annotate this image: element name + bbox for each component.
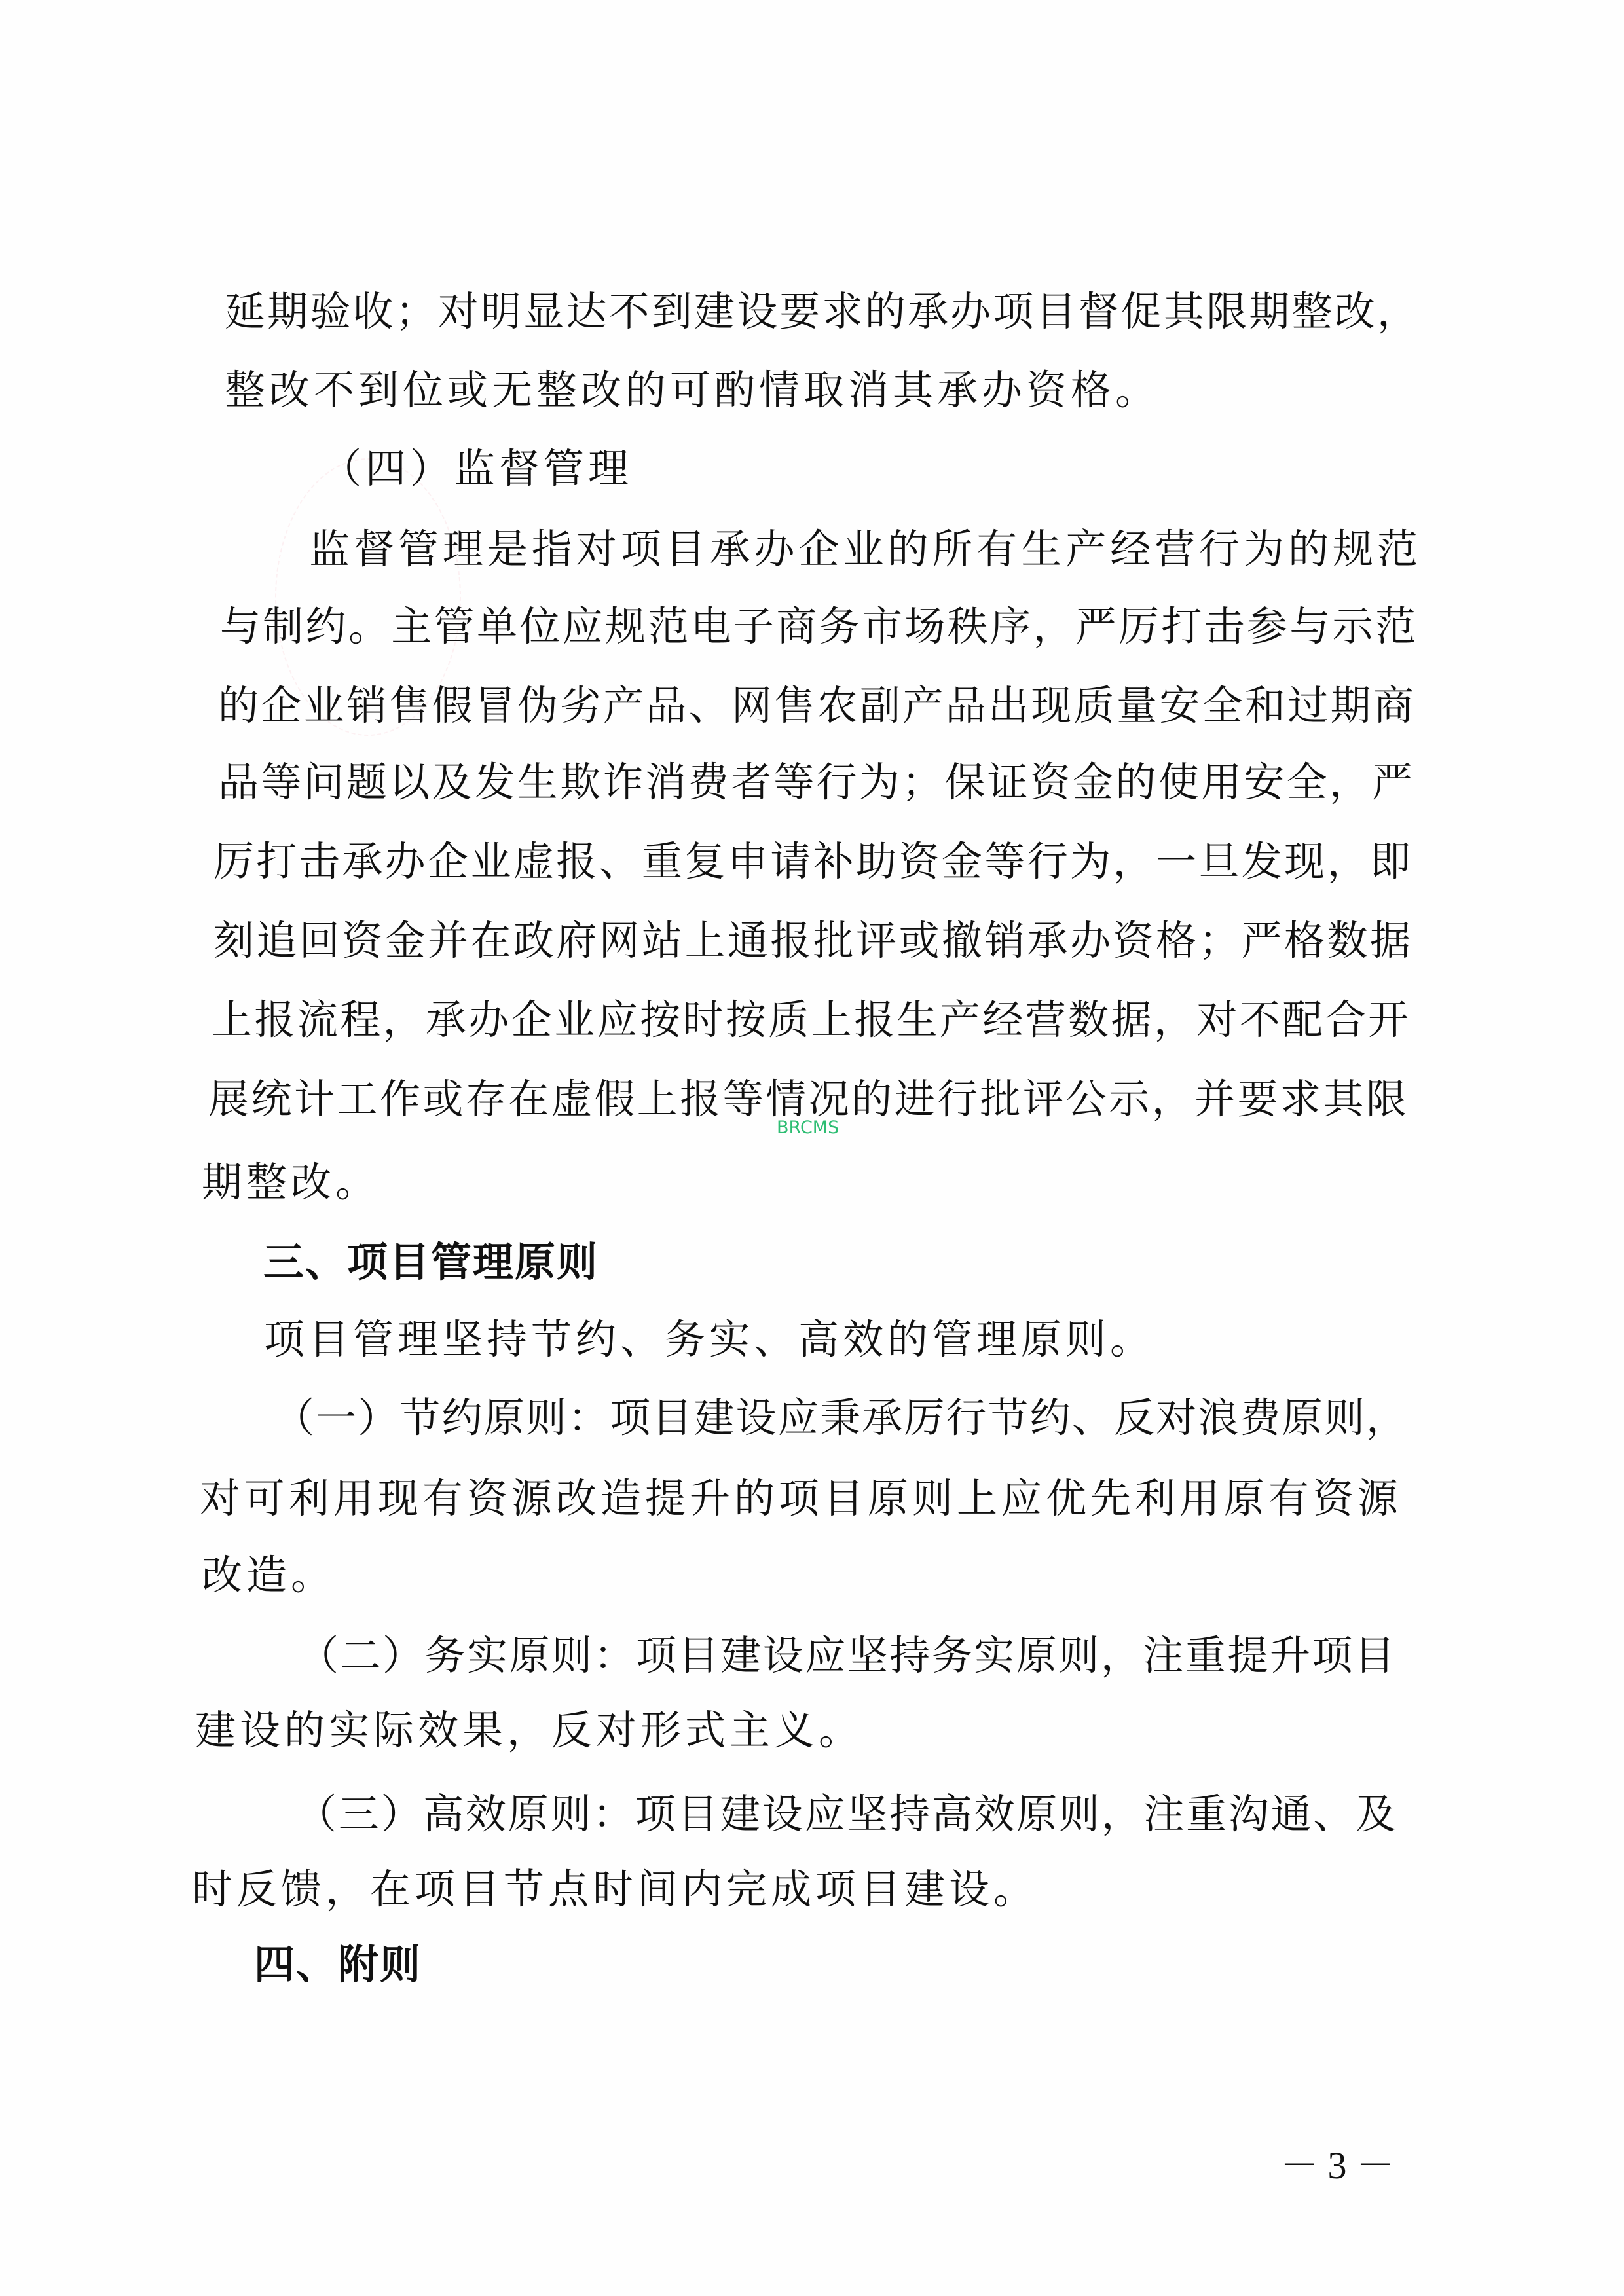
- body-line: 整改不到位或无整改的可酌情取消其承办资格。: [225, 369, 1160, 412]
- body-line: 改造。: [202, 1554, 335, 1597]
- page-number: － 3 －: [1280, 2146, 1394, 2185]
- body-line: 上报流程，承办企业应按时按质上报生产经营数据，对不配合开: [212, 998, 1409, 1042]
- brcms-watermark: BRCMS: [777, 1118, 839, 1138]
- document-page: 延期验收；对明显达不到建设要求的承办项目督促其限期整改， 整改不到位或无整改的可…: [0, 0, 1624, 2296]
- body-line: 展统计工作或存在虚假上报等情况的进行批评公示，并要求其限: [208, 1078, 1407, 1121]
- section-heading-appendix: 四、附则: [254, 1943, 422, 1986]
- body-line: 项目管理坚持节约、务实、高效的管理原则。: [264, 1318, 1154, 1361]
- subsection-heading-supervision: （四）监督管理: [321, 447, 633, 490]
- body-line: 建设的实际效果，反对形式主义。: [195, 1709, 863, 1752]
- body-line: 对可利用现有资源改造提升的项目原则上应优先利用原有资源: [200, 1477, 1398, 1520]
- body-line: 厉打击承办企业虚报、重复申请补助资金等行为，一旦发现，即: [213, 840, 1411, 883]
- body-line: （一）节约原则：项目建设应秉承厉行节约、反对浪费原则，: [274, 1396, 1407, 1440]
- body-line: （二）务实原则：项目建设应坚持务实原则，注重提升项目: [298, 1634, 1395, 1677]
- body-line: 期整改。: [202, 1161, 380, 1204]
- body-line: 监督管理是指对项目承办企业的所有生产经营行为的规范: [309, 528, 1418, 571]
- section-heading-project-principles: 三、项目管理原则: [263, 1241, 599, 1284]
- body-line: （三）高效原则：项目建设应坚持高效原则，注重沟通、及: [296, 1793, 1396, 1836]
- body-line: 的企业销售假冒伪劣产品、网售农副产品出现质量安全和过期商: [218, 684, 1414, 727]
- body-line: 时反馈，在项目节点时间内完成项目建设。: [192, 1868, 1038, 1911]
- body-line: 刻追回资金并在政府网站上通报批评或撤销承办资格；严格数据: [213, 919, 1411, 962]
- body-line: 品等问题以及发生欺诈消费者等行为；保证资金的使用安全，严: [218, 761, 1412, 804]
- body-line: 延期验收；对明显达不到建设要求的承办项目督促其限期整改，: [225, 290, 1418, 333]
- body-line: 与制约。主管单位应规范电子商务市场秩序，严厉打击参与示范: [220, 605, 1416, 648]
